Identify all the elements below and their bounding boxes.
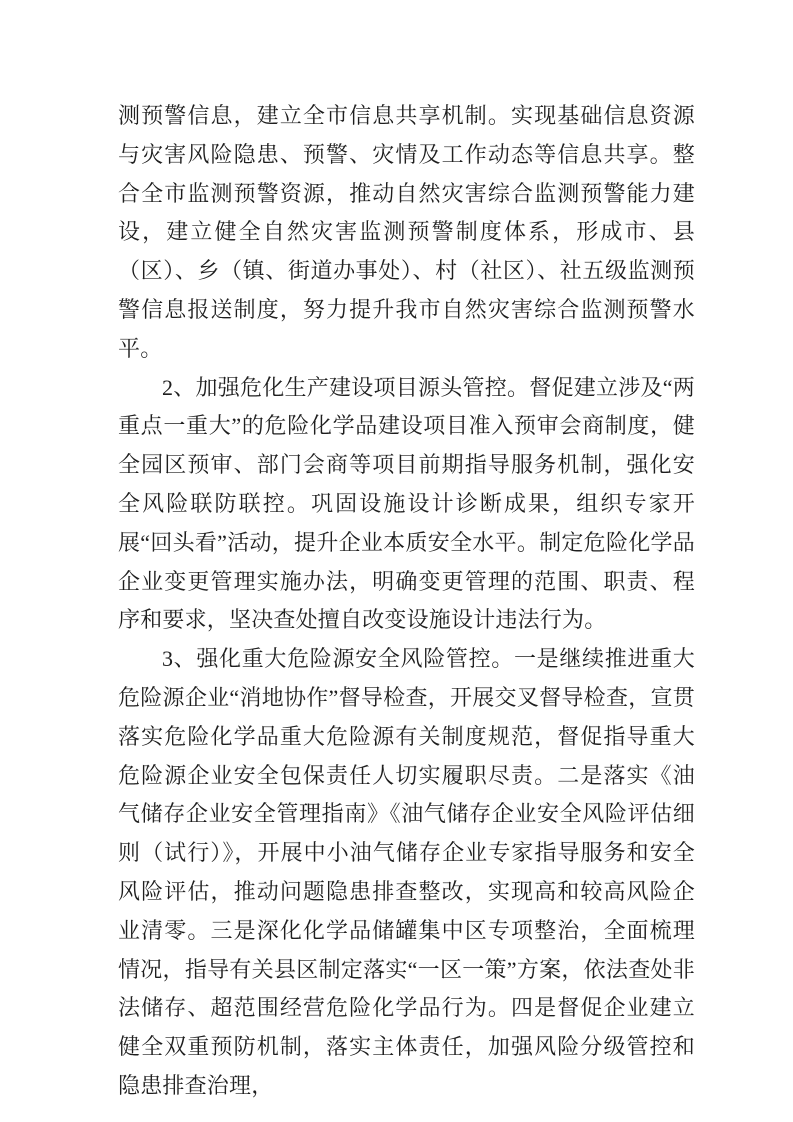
paragraph-item-2: 2、加强危化生产建设项目源头管控。督促建立涉及“两重点一重大”的危险化学品建设项… <box>118 369 695 641</box>
document-page: 测预警信息，建立全市信息共享机制。实现基础信息资源与灾害风险隐患、预警、灾情及工… <box>0 0 793 1122</box>
paragraph-item-3: 3、强化重大危险源安全风险管控。一是继续推进重大危险源企业“消地协作”督导检查，… <box>118 640 695 1106</box>
document-body: 测预警信息，建立全市信息共享机制。实现基础信息资源与灾害风险隐患、预警、灾情及工… <box>118 97 695 1106</box>
paragraph-continuation: 测预警信息，建立全市信息共享机制。实现基础信息资源与灾害风险隐患、预警、灾情及工… <box>118 97 695 369</box>
